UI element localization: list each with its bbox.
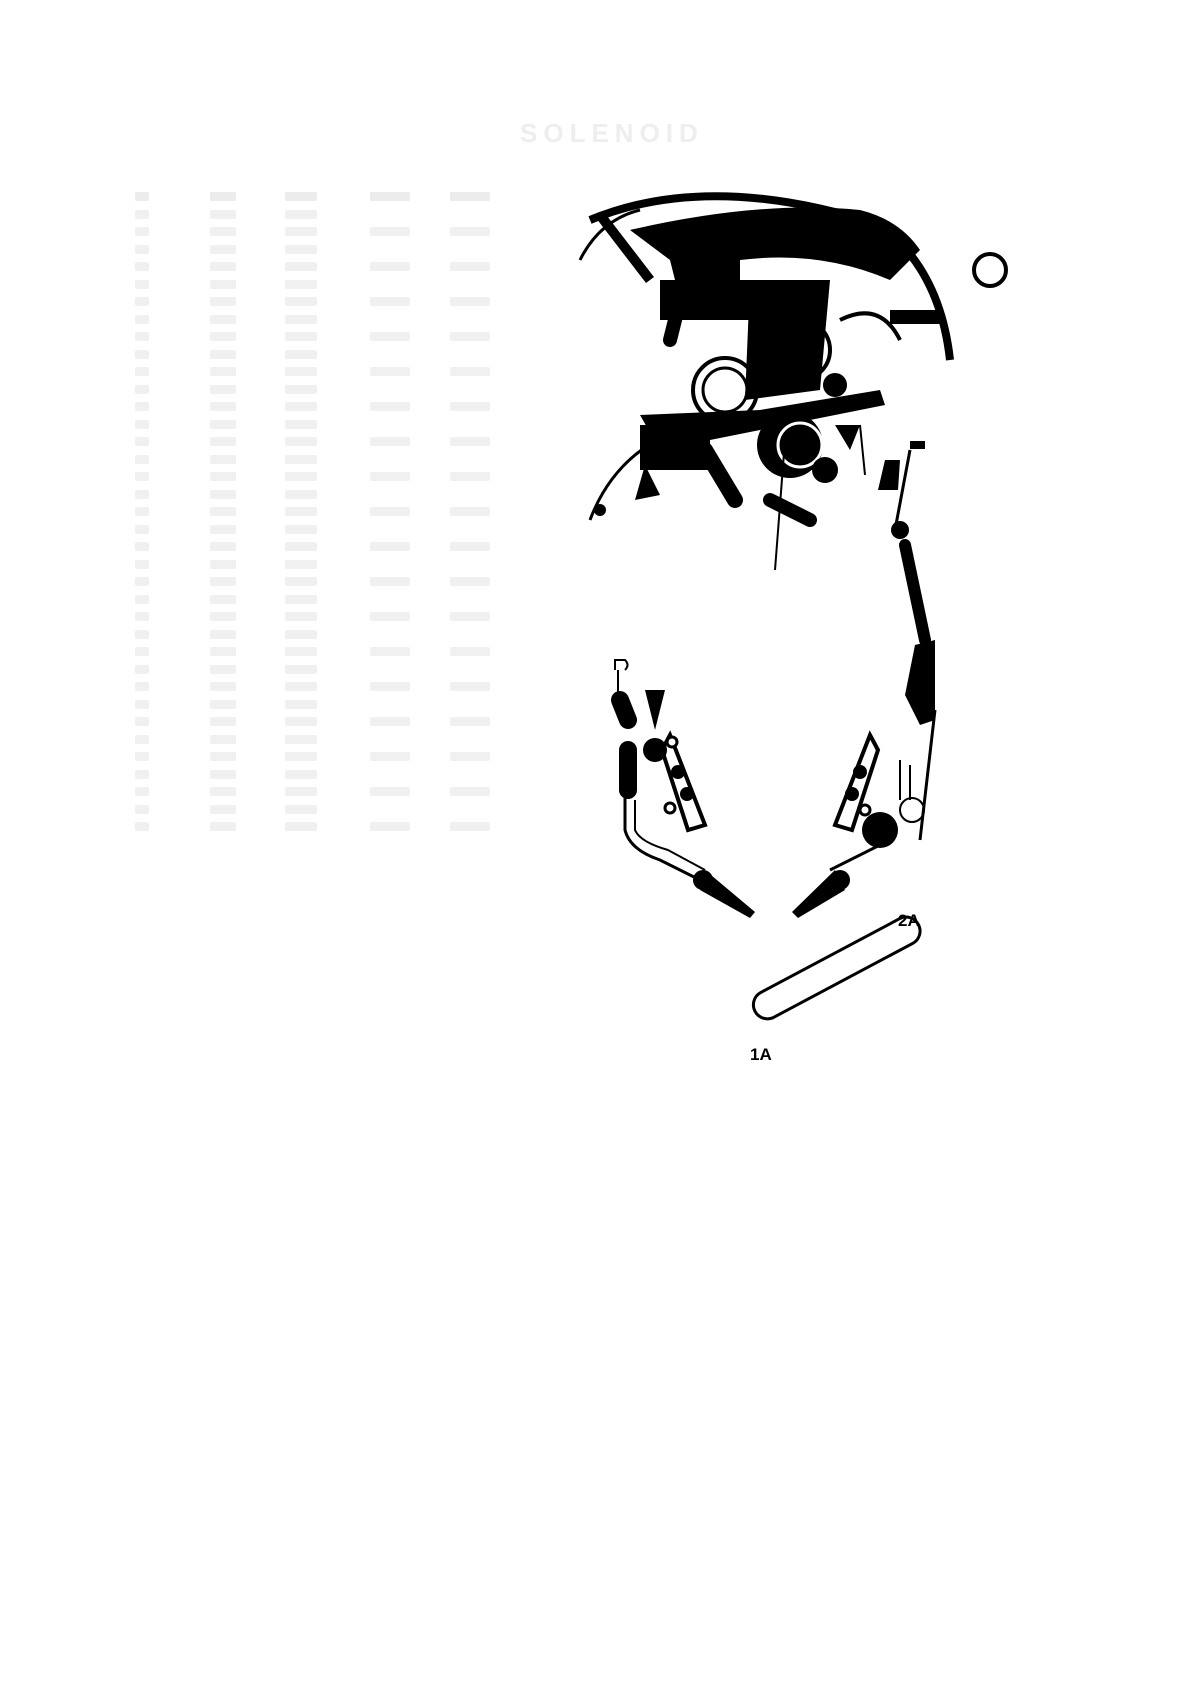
table-cell <box>450 542 490 551</box>
table-cell <box>135 280 149 289</box>
table-cell <box>210 787 236 796</box>
table-cell <box>450 647 490 656</box>
table-cell <box>135 262 149 271</box>
solenoid-table <box>135 188 555 836</box>
table-row <box>135 223 555 241</box>
table-cell <box>285 367 317 376</box>
table-cell <box>450 507 490 516</box>
table-cell <box>285 385 317 394</box>
table-cell <box>135 385 149 394</box>
table-cell <box>135 805 149 814</box>
table-cell <box>135 490 149 499</box>
table-cell <box>135 350 149 359</box>
table-cell <box>135 420 149 429</box>
table-cell <box>450 787 490 796</box>
table-cell <box>285 297 317 306</box>
table-cell <box>450 682 490 691</box>
table-cell <box>135 332 149 341</box>
table-cell <box>210 315 236 324</box>
table-cell <box>285 805 317 814</box>
table-cell <box>135 297 149 306</box>
table-cell <box>285 490 317 499</box>
table-cell <box>210 682 236 691</box>
table-cell <box>450 752 490 761</box>
table-row <box>135 206 555 224</box>
table-cell <box>285 227 317 236</box>
table-cell <box>285 717 317 726</box>
table-cell <box>370 822 410 831</box>
table-cell <box>135 367 149 376</box>
table-row <box>135 696 555 714</box>
table-cell <box>210 280 236 289</box>
table-row <box>135 801 555 819</box>
table-row <box>135 818 555 836</box>
table-row <box>135 486 555 504</box>
table-cell <box>210 735 236 744</box>
table-cell <box>370 402 410 411</box>
table-cell <box>370 507 410 516</box>
table-cell <box>210 770 236 779</box>
table-cell <box>285 402 317 411</box>
table-cell <box>210 437 236 446</box>
table-cell <box>450 367 490 376</box>
table-row <box>135 748 555 766</box>
table-row <box>135 766 555 784</box>
table-row <box>135 503 555 521</box>
table-cell <box>135 752 149 761</box>
table-cell <box>210 420 236 429</box>
table-row <box>135 433 555 451</box>
table-row <box>135 538 555 556</box>
table-cell <box>370 472 410 481</box>
table-cell <box>210 367 236 376</box>
table-cell <box>210 402 236 411</box>
table-cell <box>370 577 410 586</box>
table-row <box>135 643 555 661</box>
table-cell <box>285 647 317 656</box>
table-cell <box>135 700 149 709</box>
label-2a: 2A <box>898 911 920 930</box>
table-cell <box>135 455 149 464</box>
table-cell <box>210 665 236 674</box>
table-cell <box>210 630 236 639</box>
table-cell <box>285 770 317 779</box>
table-cell <box>135 245 149 254</box>
table-cell <box>210 245 236 254</box>
table-cell <box>285 507 317 516</box>
table-cell <box>370 717 410 726</box>
table-cell <box>285 472 317 481</box>
table-cell <box>370 682 410 691</box>
table-row <box>135 521 555 539</box>
table-cell <box>210 332 236 341</box>
table-cell <box>450 822 490 831</box>
table-cell <box>285 262 317 271</box>
table-cell <box>285 822 317 831</box>
table-row <box>135 661 555 679</box>
table-cell <box>135 717 149 726</box>
table-cell <box>285 210 317 219</box>
table-cell <box>135 822 149 831</box>
table-cell <box>450 227 490 236</box>
table-cell <box>370 752 410 761</box>
table-cell <box>285 437 317 446</box>
table-cell <box>285 735 317 744</box>
table-row <box>135 293 555 311</box>
table-cell <box>370 192 410 201</box>
table-cell <box>370 612 410 621</box>
table-cell <box>135 612 149 621</box>
table-row <box>135 311 555 329</box>
table-cell <box>210 717 236 726</box>
table-cell <box>285 595 317 604</box>
table-cell <box>285 752 317 761</box>
table-row <box>135 468 555 486</box>
table-cell <box>210 227 236 236</box>
table-cell <box>370 542 410 551</box>
table-cell <box>135 735 149 744</box>
table-cell <box>450 717 490 726</box>
table-cell <box>135 665 149 674</box>
table-cell <box>210 542 236 551</box>
table-row <box>135 276 555 294</box>
table-cell <box>135 630 149 639</box>
table-row <box>135 398 555 416</box>
table-cell <box>135 682 149 691</box>
table-header <box>135 188 555 206</box>
table-cell <box>210 525 236 534</box>
table-cell <box>210 507 236 516</box>
playfield-drawing: 2A 1A <box>560 190 1050 1120</box>
table-cell <box>210 577 236 586</box>
table-cell <box>135 577 149 586</box>
table-cell <box>135 192 149 201</box>
table-row <box>135 678 555 696</box>
table-row <box>135 381 555 399</box>
table-cell <box>285 700 317 709</box>
table-cell <box>450 612 490 621</box>
table-row <box>135 591 555 609</box>
table-row <box>135 713 555 731</box>
table-cell <box>285 665 317 674</box>
table-cell <box>285 682 317 691</box>
table-cell <box>370 647 410 656</box>
table-row <box>135 241 555 259</box>
table-cell <box>285 577 317 586</box>
table-cell <box>370 297 410 306</box>
table-cell <box>285 245 317 254</box>
table-cell <box>210 472 236 481</box>
playfield-diagram: 2A 1A <box>560 190 1050 1120</box>
table-cell <box>285 280 317 289</box>
table-row <box>135 573 555 591</box>
table-cell <box>135 647 149 656</box>
table-cell <box>450 332 490 341</box>
label-1a: 1A <box>750 1045 772 1064</box>
table-row <box>135 451 555 469</box>
table-cell <box>135 437 149 446</box>
table-cell <box>210 805 236 814</box>
table-cell <box>370 787 410 796</box>
table-cell <box>370 262 410 271</box>
table-row <box>135 608 555 626</box>
table-cell <box>285 612 317 621</box>
table-cell <box>210 210 236 219</box>
table-cell <box>135 595 149 604</box>
table-cell <box>210 595 236 604</box>
table-cell <box>135 542 149 551</box>
table-cell <box>450 402 490 411</box>
table-cell <box>450 437 490 446</box>
table-cell <box>450 577 490 586</box>
table-cell <box>210 612 236 621</box>
table-cell <box>285 350 317 359</box>
table-row <box>135 731 555 749</box>
table-cell <box>135 525 149 534</box>
table-row <box>135 328 555 346</box>
page-title: SOLENOID <box>520 118 704 149</box>
table-cell <box>135 210 149 219</box>
table-row <box>135 416 555 434</box>
table-cell <box>450 192 490 201</box>
table-cell <box>210 455 236 464</box>
table-cell <box>210 560 236 569</box>
table-cell <box>370 227 410 236</box>
table-cell <box>285 420 317 429</box>
table-cell <box>210 700 236 709</box>
table-row <box>135 258 555 276</box>
table-cell <box>135 402 149 411</box>
table-cell <box>210 490 236 499</box>
table-cell <box>210 192 236 201</box>
table-cell <box>135 472 149 481</box>
table-cell <box>210 350 236 359</box>
table-cell <box>210 262 236 271</box>
table-row <box>135 346 555 364</box>
table-cell <box>285 315 317 324</box>
table-cell <box>285 630 317 639</box>
table-row <box>135 783 555 801</box>
table-cell <box>135 787 149 796</box>
table-cell <box>135 227 149 236</box>
table-row <box>135 556 555 574</box>
table-cell <box>285 192 317 201</box>
table-cell <box>285 542 317 551</box>
table-cell <box>210 297 236 306</box>
table-cell <box>285 560 317 569</box>
table-cell <box>210 752 236 761</box>
table-row <box>135 626 555 644</box>
table-cell <box>135 770 149 779</box>
table-row <box>135 363 555 381</box>
table-cell <box>210 647 236 656</box>
table-cell <box>285 525 317 534</box>
table-cell <box>210 822 236 831</box>
table-cell <box>450 472 490 481</box>
table-cell <box>135 315 149 324</box>
table-cell <box>135 560 149 569</box>
table-cell <box>370 437 410 446</box>
table-cell <box>370 332 410 341</box>
table-cell <box>450 262 490 271</box>
table-cell <box>135 507 149 516</box>
table-cell <box>285 332 317 341</box>
table-cell <box>450 297 490 306</box>
table-cell <box>210 385 236 394</box>
table-cell <box>370 367 410 376</box>
table-cell <box>285 455 317 464</box>
table-cell <box>285 787 317 796</box>
